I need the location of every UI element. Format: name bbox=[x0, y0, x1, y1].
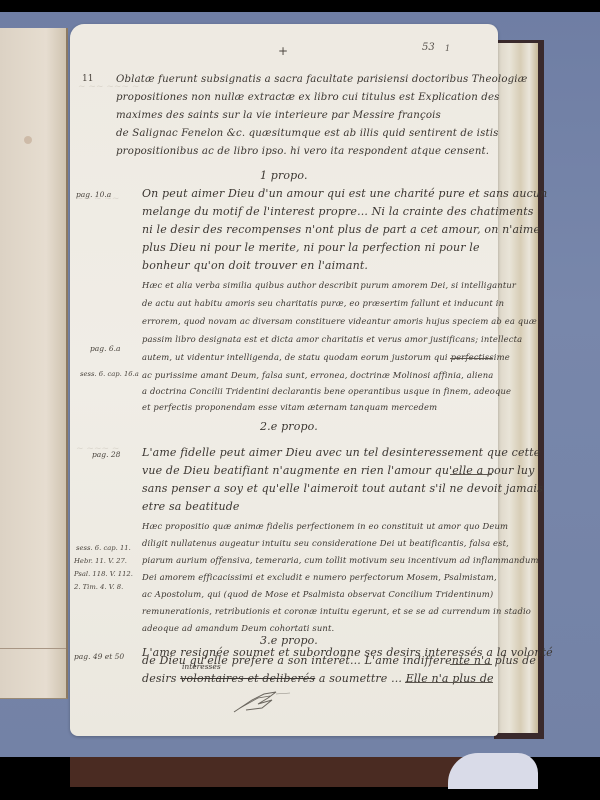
folio-number: 53 bbox=[422, 42, 435, 53]
margin-reference: pag. 28 bbox=[92, 450, 120, 459]
left-facing-page bbox=[0, 28, 68, 699]
margin-reference: pag. 6.a bbox=[90, 344, 120, 353]
censure-1-text: de actu aut habitu amoris seu charitatis… bbox=[142, 298, 504, 308]
preamble-line: Oblatæ fuerunt subsignatis a sacra facul… bbox=[116, 74, 527, 85]
censure-2-text: adeoque ad amandum Deum cohortati sunt. bbox=[142, 623, 334, 633]
proposition-3-text: L'ame resignée soumet et subordonne ses … bbox=[142, 646, 553, 659]
censure-1-text: errorem, quod novam ac diversam constitu… bbox=[142, 316, 537, 326]
foxing-spot bbox=[24, 136, 32, 144]
margin-reference: pag. 49 et 50 bbox=[74, 652, 124, 661]
top-cross-mark: + bbox=[278, 44, 288, 58]
proposition-1-text: bonheur qu'on doit trouver en l'aimant. bbox=[142, 259, 368, 272]
censure-1-text: passim libro designata est et dicta amor… bbox=[142, 334, 522, 344]
preamble-line: propositiones non nullæ extractæ ex libr… bbox=[116, 92, 500, 103]
proposition-1-text: ni le desir des recompenses n'ont plus d… bbox=[142, 223, 540, 236]
censure-2-text: diligit nullatenus augeatur intuitu seu … bbox=[142, 538, 509, 548]
folio-suffix: 1 bbox=[445, 44, 450, 53]
manuscript-photograph: ~ ~~ ~~~ ~ ~~ ~ ~~ ~ ~~~ ~ + 53 1 11 Obl… bbox=[0, 12, 600, 757]
line-filler-stroke bbox=[450, 358, 492, 359]
corner-mark: 11 bbox=[82, 74, 93, 84]
proposition-2-text: etre sa beatitude bbox=[142, 500, 240, 513]
proposition-1-text: On peut aimer Dieu d'un amour qui est un… bbox=[142, 187, 547, 200]
margin-reference: 2. Tim. 4. V. 8. bbox=[74, 583, 123, 591]
proposition-1-heading: 1 propo. bbox=[260, 169, 308, 182]
censure-1-text: autem, ut videntur intelligenda, de stat… bbox=[142, 352, 510, 362]
proposition-2-heading: 2.e propo. bbox=[260, 420, 318, 433]
preamble-line: maximes des saints sur la vie interieure… bbox=[116, 110, 441, 121]
censure-1-text: Hæc et alia verba similia quibus author … bbox=[142, 280, 516, 290]
proposition-2-text: L'ame fidelle peut aimer Dieu avec un te… bbox=[142, 446, 540, 459]
censure-1-text: a doctrina Concilii Tridentini declarant… bbox=[142, 386, 511, 396]
censure-2-text: ac Apostolum, qui (quod de Mose et Psalm… bbox=[142, 589, 493, 599]
censure-2-text: Hæc propositio quæ animæ fidelis perfect… bbox=[142, 521, 508, 531]
censure-2-text: piarum aurium offensiva, temeraria, cum … bbox=[142, 555, 539, 565]
proposition-2-text: vue de Dieu beatifiant n'augmente en rie… bbox=[142, 464, 534, 477]
margin-reference: pag. 10.a bbox=[76, 190, 111, 199]
proposition-2-text: sans penser a soy et qu'elle l'aimeroit … bbox=[142, 482, 543, 495]
censure-2-text: Dei amorem efficacissimi et excludit e n… bbox=[142, 572, 497, 582]
manuscript-text: + 53 1 11 Oblatæ fuerunt subsignatis a s… bbox=[70, 24, 498, 736]
censure-1-text: ac purissime amant Deum, falsa sunt, err… bbox=[142, 370, 493, 380]
page-crease bbox=[0, 648, 66, 649]
preamble-line: de Salignac Fenelon &c. quæsitumque est … bbox=[116, 128, 498, 139]
white-cloth bbox=[448, 753, 538, 789]
line-filler-stroke bbox=[450, 474, 492, 475]
margin-reference: sess. 6. cap. 16.a bbox=[80, 370, 139, 378]
margin-reference: Hebr. 11. V. 27. bbox=[74, 557, 127, 565]
censure-1-text: et perfectis proponendam esse vitam æter… bbox=[142, 402, 437, 412]
margin-reference: sess. 6. cap. 11. bbox=[76, 544, 131, 552]
preamble-line: propositionibus ac de libro ipso. hi ver… bbox=[116, 146, 489, 157]
margin-reference: Psal. 118. V. 112. bbox=[74, 570, 133, 578]
manuscript-page: ~ ~~ ~~~ ~ ~~ ~ ~~ ~ ~~~ ~ + 53 1 11 Obl… bbox=[70, 24, 498, 736]
proposition-1-text: plus Dieu ni pour le merite, ni pour la … bbox=[142, 241, 480, 254]
proposition-1-text: melange du motif de l'interest propre...… bbox=[142, 205, 534, 218]
censure-2-text: remunerationis, retributionis et coronæ … bbox=[142, 606, 531, 616]
